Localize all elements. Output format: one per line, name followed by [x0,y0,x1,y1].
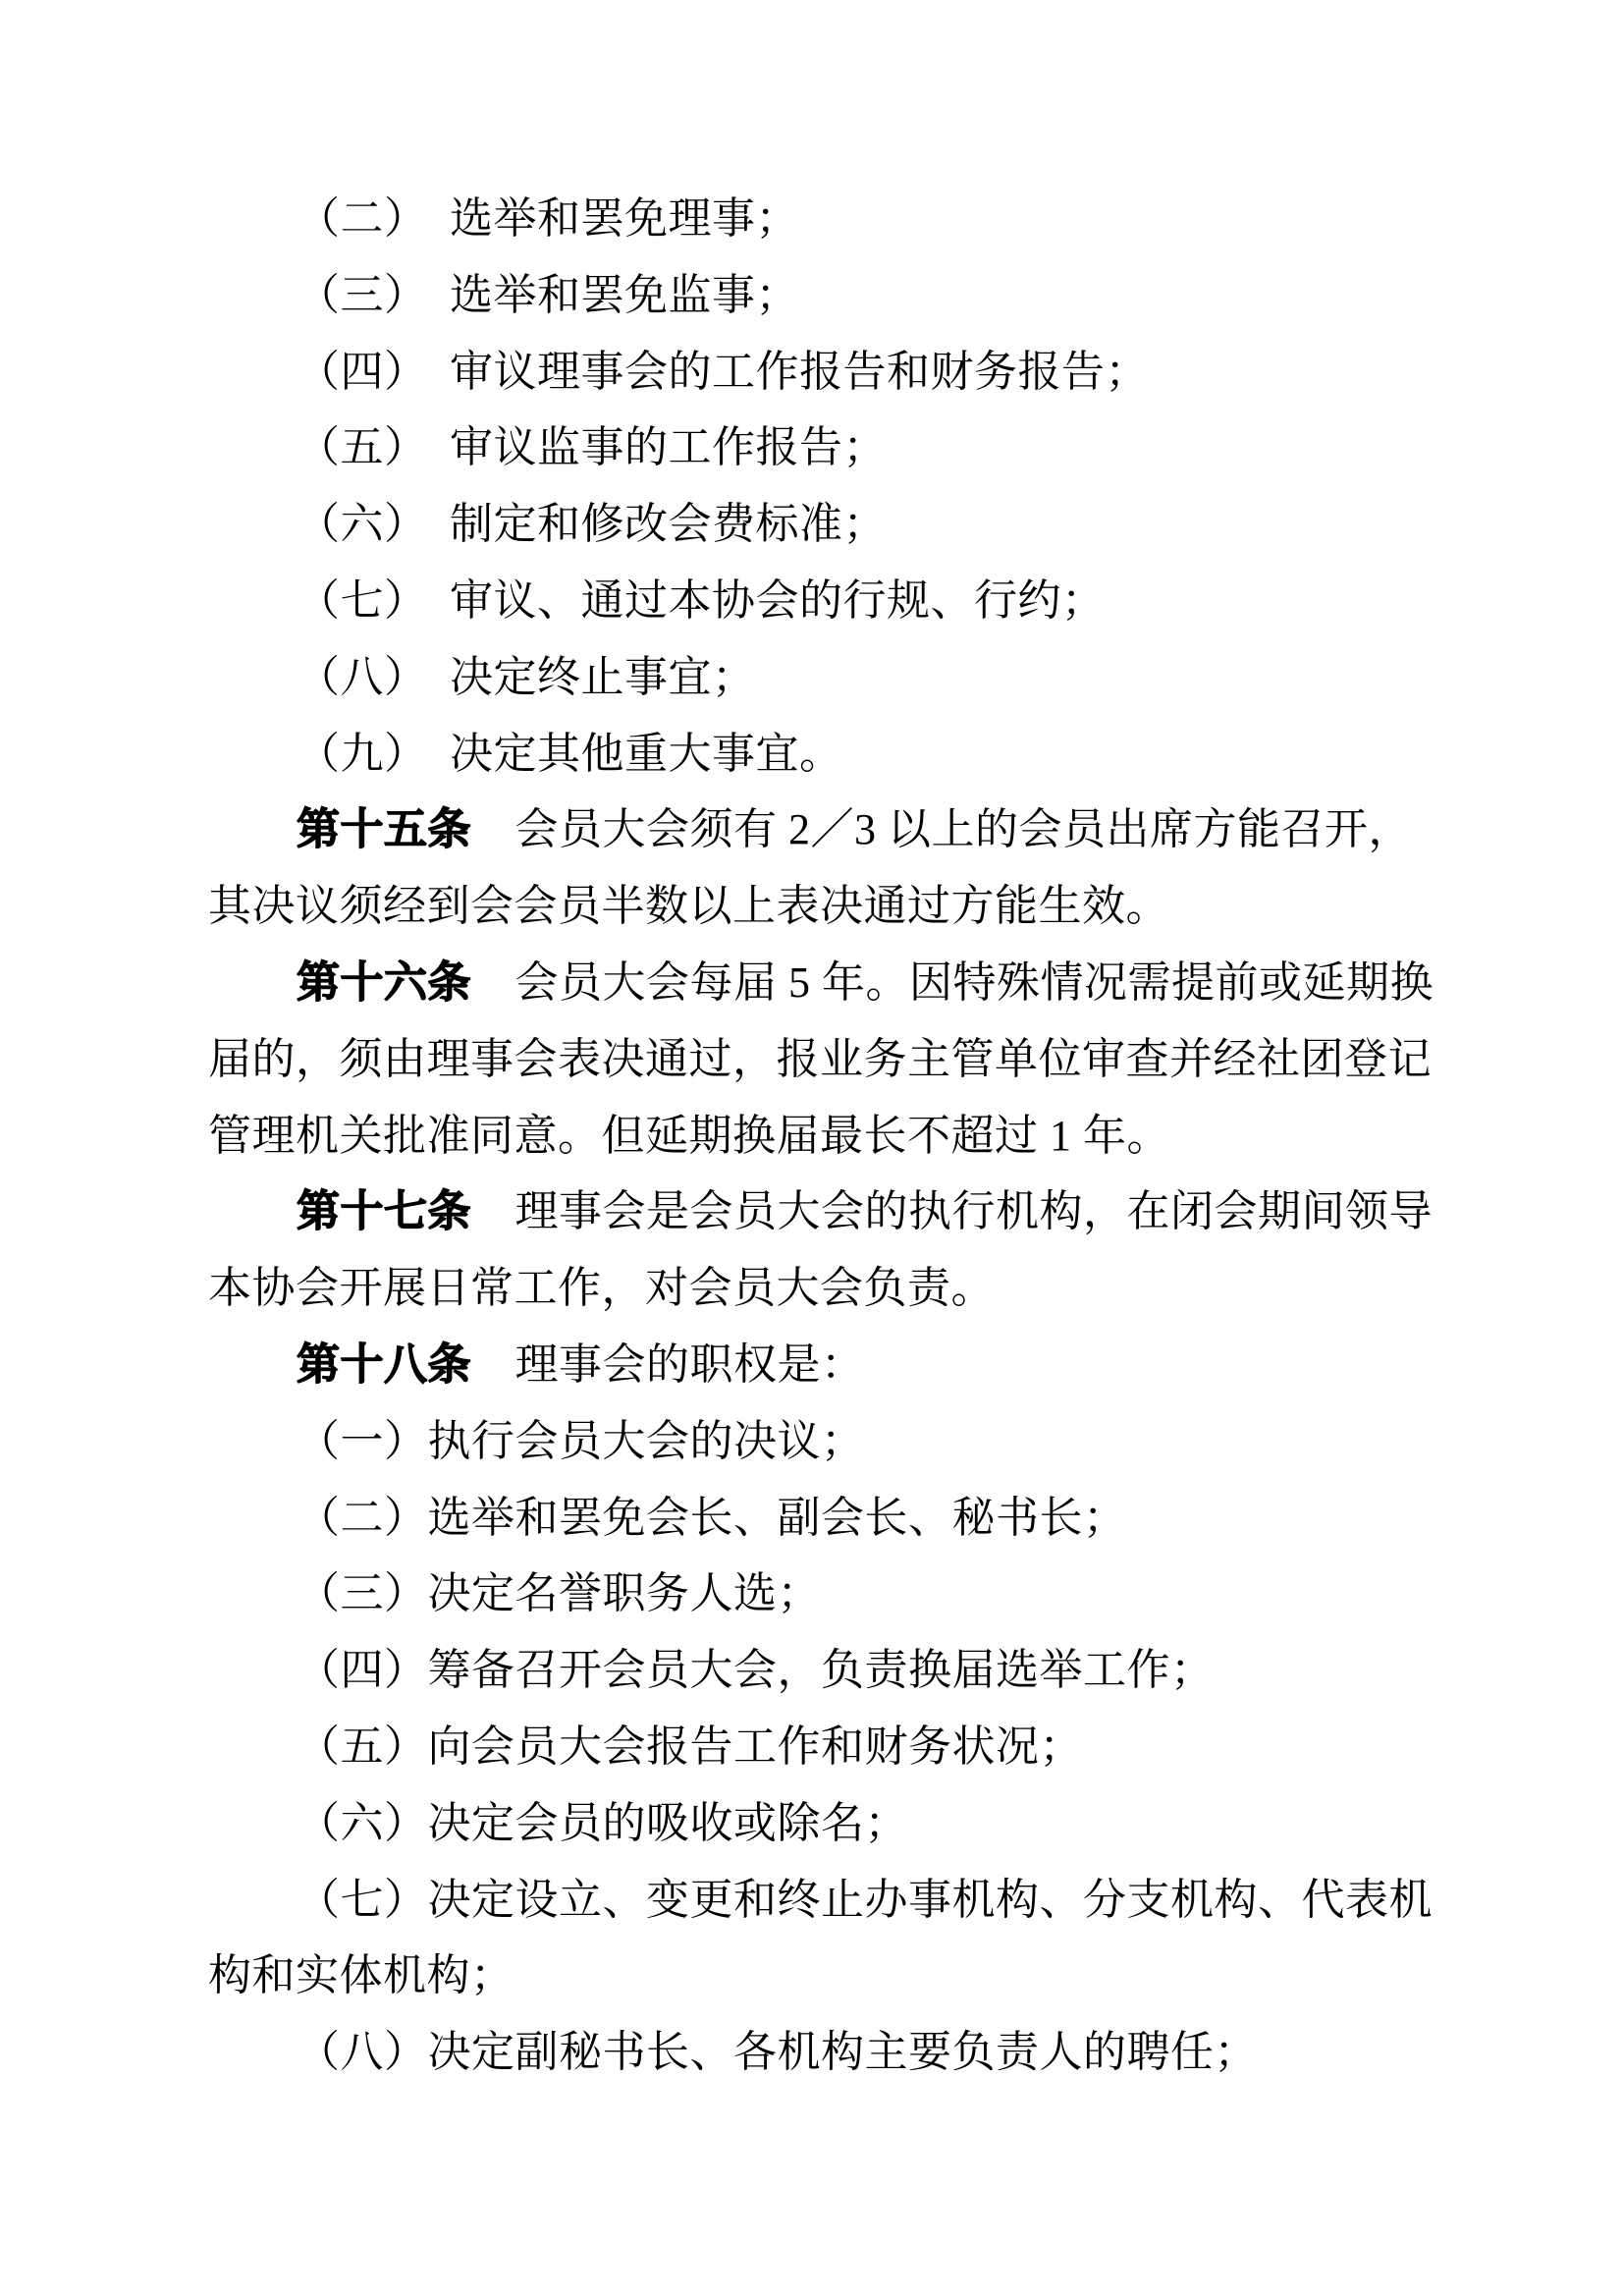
clause-item-line: （五）向会员大会报告工作和财务状况； [208,1709,1485,1785]
continuation-line: 届的，须由理事会表决通过，报业务主管单位审查并经社团登记 [208,1021,1485,1098]
continuation-line: 管理机关批准同意。但延期换届最长不超过 1 年。 [208,1098,1485,1175]
article-heading-line: 第十六条 会员大会每届 5 年。因特殊情况需提前或延期换 [208,945,1485,1021]
clause-item-line: （五） 审议监事的工作报告； [208,410,1485,486]
clause-item-line: （六）决定会员的吸收或除名； [208,1785,1485,1862]
article-text: 会员大会每届 5 年。因特殊情况需提前或延期换 [471,958,1434,1007]
clause-item-line: （三） 选举和罢免监事； [208,257,1485,334]
article-number: 第十六条 [297,958,471,1007]
article-heading-line: 第十五条 会员大会须有 2／3 以上的会员出席方能召开， [208,792,1485,868]
clause-item-line: （四） 审议理事会的工作报告和财务报告； [208,334,1485,410]
article-text: 理事会是会员大会的执行机构，在闭会期间领导 [471,1187,1433,1235]
clause-item-line: （三）决定名誉职务人选； [208,1556,1485,1632]
document-text-block: （二） 选举和罢免理事； （三） 选举和罢免监事； （四） 审议理事会的工作报告… [208,181,1485,2091]
clause-item-line: （七） 审议、通过本协会的行规、行约； [208,563,1485,639]
clause-item-line: （九） 决定其他重大事宜。 [208,716,1485,793]
document-page: （二） 选举和罢免理事； （三） 选举和罢免监事； （四） 审议理事会的工作报告… [0,0,1623,2296]
continuation-line: 其决议须经到会会员半数以上表决通过方能生效。 [208,868,1485,945]
clause-item-line: （八） 决定终止事宜； [208,639,1485,716]
article-heading-line: 第十八条 理事会的职权是： [208,1327,1485,1403]
article-text: 理事会的职权是： [471,1340,865,1389]
clause-item-line: （四）筹备召开会员大会，负责换届选举工作； [208,1632,1485,1709]
article-number: 第十五条 [297,805,471,853]
article-number: 第十七条 [297,1187,471,1235]
clause-item-line: （二）选举和罢免会长、副会长、秘书长； [208,1480,1485,1557]
clause-item-line: （二） 选举和罢免理事； [208,181,1485,257]
clause-item-line: （八）决定副秘书长、各机构主要负责人的聘任； [208,2014,1485,2091]
continuation-line: 本协会开展日常工作，对会员大会负责。 [208,1250,1485,1327]
article-number: 第十八条 [297,1340,471,1389]
clause-item-line: （一）执行会员大会的决议； [208,1403,1485,1480]
continuation-line: 构和实体机构； [208,1938,1485,2014]
article-heading-line: 第十七条 理事会是会员大会的执行机构，在闭会期间领导 [208,1174,1485,1250]
clause-item-line: （六） 制定和修改会费标准； [208,486,1485,563]
clause-item-line: （七）决定设立、变更和终止办事机构、分支机构、代表机 [208,1862,1485,1939]
article-text: 会员大会须有 2／3 以上的会员出席方能召开， [471,805,1412,853]
